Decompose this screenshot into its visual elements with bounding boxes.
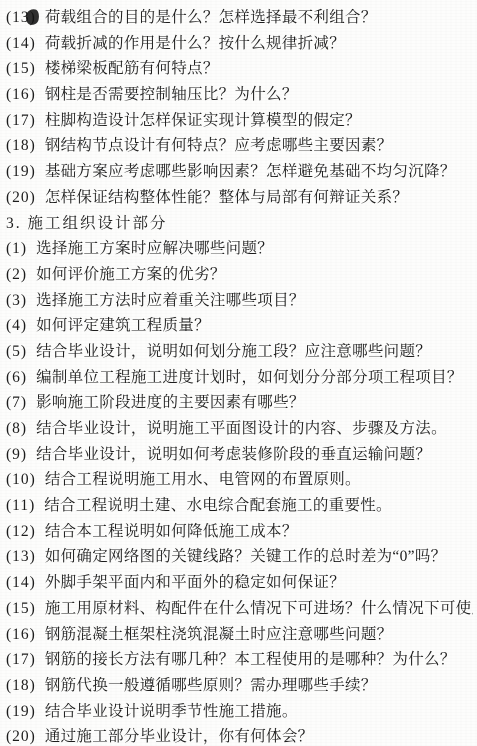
question-line: (14)外脚手架平面内和平面外的稳定如何保证？ — [6, 570, 473, 596]
question-number: (6) — [6, 365, 27, 391]
question-text: 荷载折减的作用是什么？按什么规律折减？ — [45, 35, 345, 52]
question-line: (20)通过施工部分毕业设计，你有何体会？ — [6, 724, 473, 746]
question-line: (13)如何确定网络图的关键线路？关键工作的总时差为“0”吗？ — [6, 544, 473, 570]
question-text: 施工用原材料、构配件在什么情况下可进场？什么情况下可使用？ — [45, 600, 473, 617]
question-line: (16)钢筋混凝土框架柱浇筑混凝土时应注意哪些问题？ — [6, 622, 473, 648]
question-number: (13) — [6, 544, 36, 570]
question-line: (13)荷载组合的目的是什么？怎样选择最不利组合？ — [6, 5, 473, 31]
question-text: 荷载组合的目的是什么？怎样选择最不利组合？ — [45, 9, 377, 26]
question-text: 选择施工方案时应解决哪些问题？ — [36, 240, 273, 257]
question-line: (19)基础方案应考虑哪些影响因素？怎样避免基础不均匀沉降？ — [6, 159, 473, 185]
question-line: (16)钢柱是否需要控制轴压比？为什么？ — [6, 82, 473, 108]
question-line: (17)钢筋的接长方法有哪几种？本工程使用的是哪种？为什么？ — [6, 647, 473, 673]
question-number: (4) — [6, 313, 27, 339]
question-line: (18)钢结构节点设计有何特点？应考虑哪些主要因素？ — [6, 133, 473, 159]
question-text: 结合毕业设计，说明如何考虑装修阶段的垂直运输问题？ — [36, 446, 431, 463]
question-number: (18) — [6, 133, 36, 159]
question-number: (20) — [6, 185, 36, 211]
question-text: 结合工程说明土建、水电综合配套施工的重要性。 — [44, 497, 392, 514]
question-number: (19) — [6, 159, 36, 185]
question-text: 基础方案应考虑哪些影响因素？怎样避免基础不均匀沉降？ — [45, 163, 456, 180]
question-text: 结合毕业设计说明季节性施工措施。 — [45, 703, 298, 720]
question-number: (19) — [6, 699, 36, 725]
question-text: 选择施工方法时应着重关注哪些项目？ — [36, 292, 305, 309]
question-number: (15) — [6, 56, 36, 82]
question-number: (11) — [6, 493, 35, 519]
question-text: 通过施工部分毕业设计，你有何体会？ — [45, 728, 314, 745]
question-text: 钢筋的接长方法有哪几种？本工程使用的是哪种？为什么？ — [45, 651, 456, 668]
question-line: (11)结合工程说明土建、水电综合配套施工的重要性。 — [6, 493, 473, 519]
question-number: (20) — [6, 724, 36, 746]
question-number: (5) — [6, 339, 27, 365]
question-number: (12) — [6, 519, 36, 545]
question-text: 楼梯梁板配筋有何特点？ — [45, 60, 219, 77]
question-text: 如何确定网络图的关键线路？关键工作的总时差为“0”吗？ — [45, 548, 447, 565]
question-number: (18) — [6, 673, 36, 699]
question-line: (18)钢筋代换一般遵循哪些原则？需办理哪些手续？ — [6, 673, 473, 699]
question-line: (9)结合毕业设计，说明如何考虑装修阶段的垂直运输问题？ — [6, 442, 473, 468]
question-number: (7) — [6, 390, 27, 416]
question-number: (16) — [6, 622, 36, 648]
question-number: (3) — [6, 288, 27, 314]
question-number: (9) — [6, 442, 27, 468]
question-line: (6)编制单位工程施工进度计划时，如何划分分部分项工程项目？ — [6, 365, 473, 391]
question-text: 结合毕业设计，说明如何划分施工段？应注意哪些问题？ — [36, 343, 431, 360]
question-number: (17) — [6, 647, 36, 673]
question-text: 结合毕业设计，说明施工平面图设计的内容、步骤及方法。 — [36, 420, 447, 437]
question-number: (10) — [6, 467, 36, 493]
question-line: (10)结合工程说明施工用水、电管网的布置原则。 — [6, 467, 473, 493]
question-text: 柱脚构造设计怎样保证实现计算模型的假定？ — [45, 112, 361, 129]
question-line: (2)如何评价施工方案的优劣？ — [6, 262, 473, 288]
question-text: 外脚手架平面内和平面外的稳定如何保证？ — [45, 574, 345, 591]
question-line: (19)结合毕业设计说明季节性施工措施。 — [6, 699, 473, 725]
question-line: (5)结合毕业设计，说明如何划分施工段？应注意哪些问题？ — [6, 339, 473, 365]
question-line: (20)怎样保证结构整体性能？整体与局部有何辩证关系？ — [6, 185, 473, 211]
question-text: 钢筋代换一般遵循哪些原则？需办理哪些手续？ — [45, 677, 377, 694]
question-line: (17)柱脚构造设计怎样保证实现计算模型的假定？ — [6, 108, 473, 134]
question-text: 结合本工程说明如何降低施工成本？ — [45, 523, 298, 540]
question-text: 如何评价施工方案的优劣？ — [36, 266, 226, 283]
question-number: (14) — [6, 31, 36, 57]
construction-question-list: (1)选择施工方案时应解决哪些问题？ (2)如何评价施工方案的优劣？ (3)选择… — [6, 236, 473, 746]
question-line: (8)结合毕业设计，说明施工平面图设计的内容、步骤及方法。 — [6, 416, 473, 442]
question-line: (14)荷载折减的作用是什么？按什么规律折减？ — [6, 31, 473, 57]
question-line: (3)选择施工方法时应着重关注哪些项目？ — [6, 288, 473, 314]
question-number: (15) — [6, 596, 36, 622]
question-line: (12)结合本工程说明如何降低施工成本？ — [6, 519, 473, 545]
question-text: 钢筋混凝土框架柱浇筑混凝土时应注意哪些问题？ — [45, 626, 393, 643]
question-text: 编制单位工程施工进度计划时，如何划分分部分项工程项目？ — [36, 369, 463, 386]
question-line: (7)影响施工阶段进度的主要因素有哪些？ — [6, 390, 473, 416]
question-number: (8) — [6, 416, 27, 442]
question-line: (4)如何评定建筑工程质量？ — [6, 313, 473, 339]
question-line: (1)选择施工方案时应解决哪些问题？ — [6, 236, 473, 262]
question-text: 影响施工阶段进度的主要因素有哪些？ — [36, 394, 305, 411]
question-number: (1) — [6, 236, 27, 262]
section-heading: 3. 施工组织设计部分 — [6, 211, 473, 237]
question-number: (2) — [6, 262, 27, 288]
question-number: (13) — [6, 5, 36, 31]
question-line: (15)施工用原材料、构配件在什么情况下可进场？什么情况下可使用？ — [6, 596, 473, 622]
question-text: 结合工程说明施工用水、电管网的布置原则。 — [45, 471, 361, 488]
question-text: 如何评定建筑工程质量？ — [36, 317, 210, 334]
question-number: (14) — [6, 570, 36, 596]
structure-question-list: (13)荷载组合的目的是什么？怎样选择最不利组合？ (14)荷载折减的作用是什么… — [6, 5, 473, 211]
question-text: 钢结构节点设计有何特点？应考虑哪些主要因素？ — [45, 137, 393, 154]
question-number: (17) — [6, 108, 36, 134]
question-line: (15)楼梯梁板配筋有何特点？ — [6, 56, 473, 82]
question-text: 怎样保证结构整体性能？整体与局部有何辩证关系？ — [45, 189, 408, 206]
scanned-document-page: (13)荷载组合的目的是什么？怎样选择最不利组合？ (14)荷载折减的作用是什么… — [0, 0, 477, 746]
question-number: (16) — [6, 82, 36, 108]
question-text: 钢柱是否需要控制轴压比？为什么？ — [45, 86, 298, 103]
